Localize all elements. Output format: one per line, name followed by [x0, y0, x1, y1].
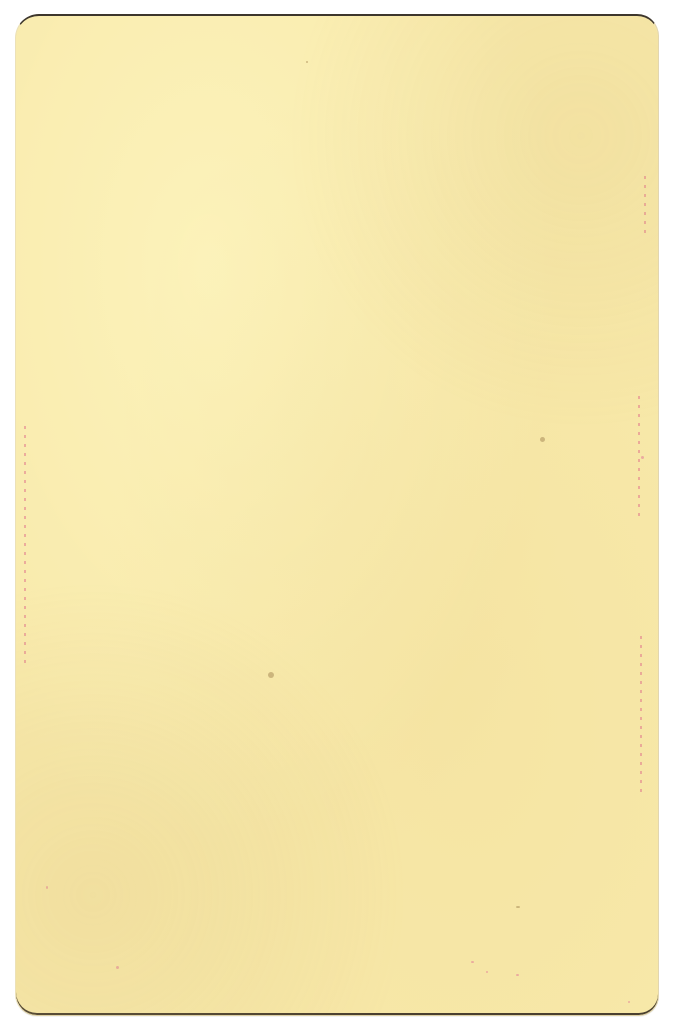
speck	[641, 456, 644, 459]
speck	[540, 437, 545, 442]
speck	[46, 886, 48, 889]
right-edge-speckles-top	[644, 176, 646, 236]
speck	[628, 1001, 630, 1003]
right-edge-speckles	[638, 396, 640, 516]
speck	[116, 966, 119, 969]
speck	[486, 971, 488, 973]
blank-cabinet-card-back	[15, 14, 659, 1016]
speck	[516, 974, 519, 976]
left-edge-speckles	[24, 426, 26, 666]
right-edge-speckles-lower	[640, 636, 642, 796]
speck	[306, 61, 308, 63]
speck	[516, 906, 520, 908]
speck	[268, 672, 274, 678]
photo-stage	[0, 0, 673, 1024]
speck	[471, 961, 474, 963]
